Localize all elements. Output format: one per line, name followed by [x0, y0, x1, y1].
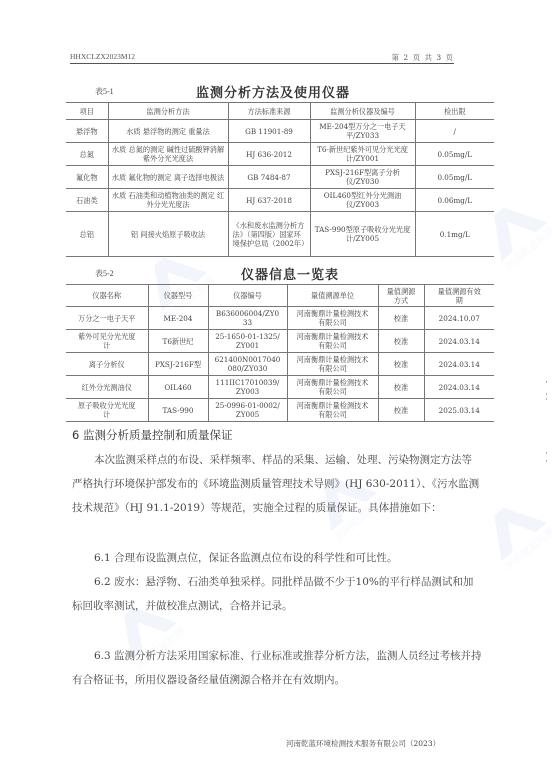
cell-standard: GB 11901-89 [228, 120, 310, 143]
cell-trace-method: 校准 [378, 376, 424, 399]
cell-model: T6新世纪 [148, 330, 208, 353]
margin-tick [546, 393, 547, 395]
cell-instrument: ME-204型万分之一电子天平/ZY033 [310, 120, 415, 143]
table1-caption: 表5-1 [95, 86, 114, 97]
cell-trace-method: 校准 [378, 353, 424, 376]
cell-detection-limit: 0.06mg/L [415, 189, 494, 212]
table-row: 原子吸收分光光度计 TAS-990 25-0996-01-0002/ZY005 … [66, 399, 494, 422]
page-indicator: 第 2 页 共 3 页 [392, 52, 454, 63]
cell-valid-until: 2024.03.14 [424, 330, 494, 353]
cell-method: 水质 石油类和动植物油类的测定 红外分光光度法 [108, 189, 228, 212]
table2-caption: 表5-2 [95, 268, 114, 279]
cell-instrument: T6-新世纪紫外可见分光光度计/ZY001 [310, 143, 415, 166]
cell-instrument-name: 红外分光测油仪 [66, 376, 148, 399]
cell-standard: GB 7484-87 [228, 166, 310, 189]
cell-item: 总铝 [66, 212, 108, 257]
table-row: 总氮 水质 总氮的测定 碱性过硫酸钾消解紫外分光光度法 HJ 636-2012 … [66, 143, 494, 166]
column-header: 量值溯源单位 [287, 285, 378, 307]
cell-model: ME-204 [148, 307, 208, 330]
cell-trace-method: 校准 [378, 307, 424, 330]
table-row: 万分之一电子天平 ME-204 B636006004/ZY033 河南衡鼎计量检… [66, 307, 494, 330]
table-row: 红外分光测油仪 OIL460 111IIC17010039/ZY003 河南衡鼎… [66, 376, 494, 399]
column-header: 方法标准来源 [228, 103, 310, 120]
margin-tick [546, 460, 547, 462]
table-header-row: 仪器名称 仪器型号 仪器编号 量值溯源单位 量值溯源方式 量值溯源有效期 [66, 285, 494, 307]
cell-instrument-name: 原子吸收分光光度计 [66, 399, 148, 422]
column-header: 仪器名称 [66, 285, 148, 307]
cell-instrument: OIL460型红外分光测油仪/ZY003 [310, 189, 415, 212]
cell-serial: 25-1650-01-1325/ZY001 [208, 330, 287, 353]
cell-standard: HJ 637-2018 [228, 189, 310, 212]
cell-instrument-name: 万分之一电子天平 [66, 307, 148, 330]
column-header: 仪器编号 [208, 285, 287, 307]
cell-serial: 25-0996-01-0002/ZY005 [208, 399, 287, 422]
cell-model: OIL460 [148, 376, 208, 399]
cell-instrument: PXSJ-216F型离子分析仪/ZY030 [310, 166, 415, 189]
cell-valid-until: 2024.03.14 [424, 376, 494, 399]
footer-company: 河南乾蓝环境检测技术服务有限公司（2023） [286, 738, 440, 749]
cell-serial: 621400N0017040080/ZY030 [208, 353, 287, 376]
column-header: 监测分析方法 [108, 103, 228, 120]
measure-6-1: 6.1 合理布设监测点位，保证各监测点位布设的科学性和可比性。 [72, 546, 482, 570]
cell-method: 水质 氟化物的测定 离子选择电极法 [108, 166, 228, 189]
column-header: 监测分析仪器及编号 [310, 103, 415, 120]
cell-trace-unit: 河南衡鼎计量检测技术有限公司 [287, 330, 378, 353]
cell-detection-limit: 0.1mg/L [415, 212, 494, 257]
cell-item: 悬浮物 [66, 120, 108, 143]
cell-item: 石油类 [66, 189, 108, 212]
methods-table: 项目 监测分析方法 方法标准来源 监测分析仪器及编号 检出限 悬浮物 水质 悬浮… [66, 102, 494, 257]
table1-title: 监测分析方法及使用仪器 [196, 82, 350, 101]
table-row: 总铝 铝 间接火焰原子吸收法 《水和废水监测分析方法》（第四版）国家环境保护总局… [66, 212, 494, 257]
measure-6-2: 6.2 废水：悬浮物、石油类单独采样。同批样品做不少于10%的平行样品测试和加标… [72, 570, 482, 618]
cell-trace-unit: 河南衡鼎计量检测技术有限公司 [287, 376, 378, 399]
cell-standard: 《水和废水监测分析方法》（第四版）国家环境保护总局（2002年） [228, 212, 310, 257]
column-header: 量值溯源方式 [378, 285, 424, 307]
column-header: 检出限 [415, 103, 494, 120]
cell-serial: 111IIC17010039/ZY003 [208, 376, 287, 399]
cell-item: 总氮 [66, 143, 108, 166]
cell-instrument-name: 紫外可见分光光度计 [66, 330, 148, 353]
column-header: 仪器型号 [148, 285, 208, 307]
margin-tick [546, 381, 547, 383]
cell-valid-until: 2024.10.07 [424, 307, 494, 330]
margin-tick [546, 452, 547, 454]
table-row: 氟化物 水质 氟化物的测定 离子选择电极法 GB 7484-87 PXSJ-21… [66, 166, 494, 189]
column-header: 量值溯源有效期 [424, 285, 494, 307]
cell-instrument: TAS-990型原子吸收分光光度计/ZY005 [310, 212, 415, 257]
margin-tick [546, 398, 547, 400]
watermark-logo: 河南乾蓝检测 [476, 486, 552, 585]
section-heading: 6 监测分析质量控制和质量保证 [72, 427, 232, 443]
instruments-table: 仪器名称 仪器型号 仪器编号 量值溯源单位 量值溯源方式 量值溯源有效期 万分之… [66, 284, 494, 422]
cell-detection-limit: 0.05mg/L [415, 143, 494, 166]
cell-serial: B636006004/ZY033 [208, 307, 287, 330]
cell-item: 氟化物 [66, 166, 108, 189]
column-header: 项目 [66, 103, 108, 120]
cell-trace-unit: 河南衡鼎计量检测技术有限公司 [287, 399, 378, 422]
cell-trace-method: 校准 [378, 330, 424, 353]
cell-standard: HJ 636-2012 [228, 143, 310, 166]
table-row: 石油类 水质 石油类和动植物油类的测定 红外分光光度法 HJ 637-2018 … [66, 189, 494, 212]
cell-detection-limit: / [415, 120, 494, 143]
cell-instrument-name: 离子分析仪 [66, 353, 148, 376]
cell-trace-unit: 河南衡鼎计量检测技术有限公司 [287, 307, 378, 330]
table-row: 紫外可见分光光度计 T6新世纪 25-1650-01-1325/ZY001 河南… [66, 330, 494, 353]
measure-6-3: 6.3 监测分析方法采用国家标准、行业标准或推荐分析方法，监测人员经过考核并持有… [72, 644, 482, 692]
page-header: HHXCLZX2023M12 第 2 页 共 3 页 [70, 50, 454, 64]
cell-detection-limit: 0.05mg/L [415, 166, 494, 189]
table2-title: 仪器信息一览表 [241, 264, 339, 283]
table-row: 悬浮物 水质 悬浮物的测定 重量法 GB 11901-89 ME-204型万分之… [66, 120, 494, 143]
table-row: 离子分析仪 PXSJ-216F型 621400N0017040080/ZY030… [66, 353, 494, 376]
table-header-row: 项目 监测分析方法 方法标准来源 监测分析仪器及编号 检出限 [66, 103, 494, 120]
cell-method: 水质 悬浮物的测定 重量法 [108, 120, 228, 143]
cell-model: TAS-990 [148, 399, 208, 422]
cell-valid-until: 2024.03.14 [424, 353, 494, 376]
cell-valid-until: 2025.03.14 [424, 399, 494, 422]
document-code: HHXCLZX2023M12 [70, 52, 135, 61]
cell-model: PXSJ-216F型 [148, 353, 208, 376]
cell-trace-method: 校准 [378, 399, 424, 422]
cell-trace-unit: 河南衡鼎计量检测技术有限公司 [287, 353, 378, 376]
cell-method: 铝 间接火焰原子吸收法 [108, 212, 228, 257]
section-intro-paragraph: 本次监测采样点的布设、采样频率、样品的采集、运输、处理、污染物测定方法等严格执行… [72, 448, 482, 520]
cell-method: 水质 总氮的测定 碱性过硫酸钾消解紫外分光光度法 [108, 143, 228, 166]
